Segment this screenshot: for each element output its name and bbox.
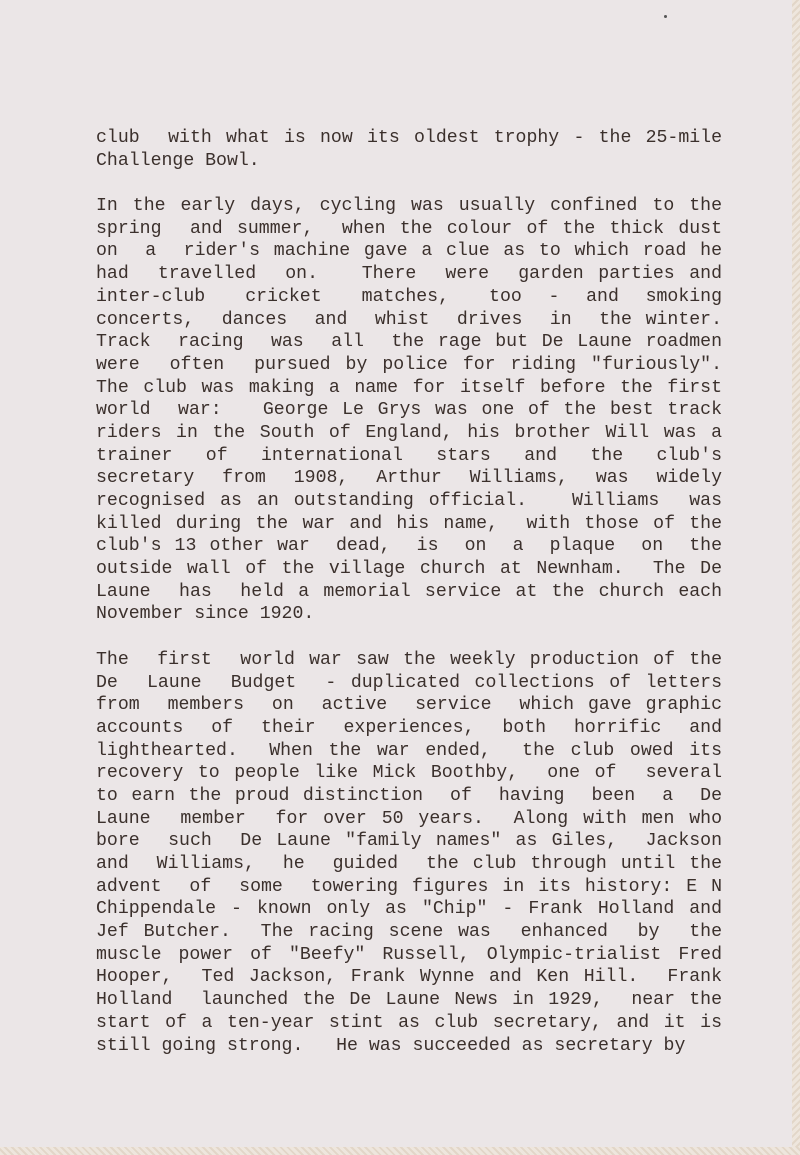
- text-line: Holland launched the De Laune News in 19…: [96, 989, 722, 1012]
- paragraph: The first world war saw the weekly produ…: [96, 649, 722, 1057]
- paragraph: club with what is now its oldest trophy …: [96, 127, 722, 172]
- text-line: had travelled on. There were garden part…: [96, 263, 722, 286]
- text-line: spring and summer, when the colour of th…: [96, 218, 722, 241]
- paragraph: In the early days, cycling was usually c…: [96, 195, 722, 626]
- text-line: still going strong. He was succeeded as …: [96, 1035, 722, 1058]
- text-line: Challenge Bowl.: [96, 150, 722, 173]
- text-line: muscle power of "Beefy" Russell, Olympic…: [96, 944, 722, 967]
- text-line: advent of some towering figures in its h…: [96, 876, 722, 899]
- text-line: killed during the war and his name, with…: [96, 513, 722, 536]
- text-line: to earn the proud distinction of having …: [96, 785, 722, 808]
- text-line: were often pursued by police for riding …: [96, 354, 722, 377]
- text-line: Track racing was all the rage but De Lau…: [96, 331, 722, 354]
- text-line: trainer of international stars and the c…: [96, 445, 722, 468]
- text-line: The first world war saw the weekly produ…: [96, 649, 722, 672]
- text-line: club's 13 other war dead, is on a plaque…: [96, 535, 722, 558]
- text-line: from members on active service which gav…: [96, 694, 722, 717]
- text-line: November since 1920.: [96, 603, 722, 626]
- text-line: Hooper, Ted Jackson, Frank Wynne and Ken…: [96, 966, 722, 989]
- page-edge-right: [792, 0, 800, 1155]
- scan-speck: [664, 15, 667, 18]
- text-line: Chippendale - known only as "Chip" - Fra…: [96, 898, 722, 921]
- text-line: bore such De Laune "family names" as Gil…: [96, 830, 722, 853]
- text-line: inter-club cricket matches, too - and sm…: [96, 286, 722, 309]
- text-line: concerts, dances and whist drives in the…: [96, 309, 722, 332]
- text-line: club with what is now its oldest trophy …: [96, 127, 722, 150]
- text-line: and Williams, he guided the club through…: [96, 853, 722, 876]
- scanned-page: club with what is now its oldest trophy …: [0, 0, 793, 1148]
- text-line: In the early days, cycling was usually c…: [96, 195, 722, 218]
- text-line: Laune has held a memorial service at the…: [96, 581, 722, 604]
- typed-text-body: club with what is now its oldest trophy …: [96, 127, 722, 1080]
- text-line: outside wall of the village church at Ne…: [96, 558, 722, 581]
- text-line: Laune member for over 50 years. Along wi…: [96, 808, 722, 831]
- text-line: lighthearted. When the war ended, the cl…: [96, 740, 722, 763]
- text-line: recognised as an outstanding official. W…: [96, 490, 722, 513]
- text-line: world war: George Le Grys was one of the…: [96, 399, 722, 422]
- text-line: recovery to people like Mick Boothby, on…: [96, 762, 722, 785]
- text-line: De Laune Budget - duplicated collections…: [96, 672, 722, 695]
- text-line: The club was making a name for itself be…: [96, 377, 722, 400]
- text-line: start of a ten-year stint as club secret…: [96, 1012, 722, 1035]
- text-line: riders in the South of England, his brot…: [96, 422, 722, 445]
- text-line: on a rider's machine gave a clue as to w…: [96, 240, 722, 263]
- page-edge-bottom: [0, 1147, 800, 1155]
- text-line: secretary from 1908, Arthur Williams, wa…: [96, 467, 722, 490]
- text-line: accounts of their experiences, both horr…: [96, 717, 722, 740]
- text-line: Jef Butcher. The racing scene was enhanc…: [96, 921, 722, 944]
